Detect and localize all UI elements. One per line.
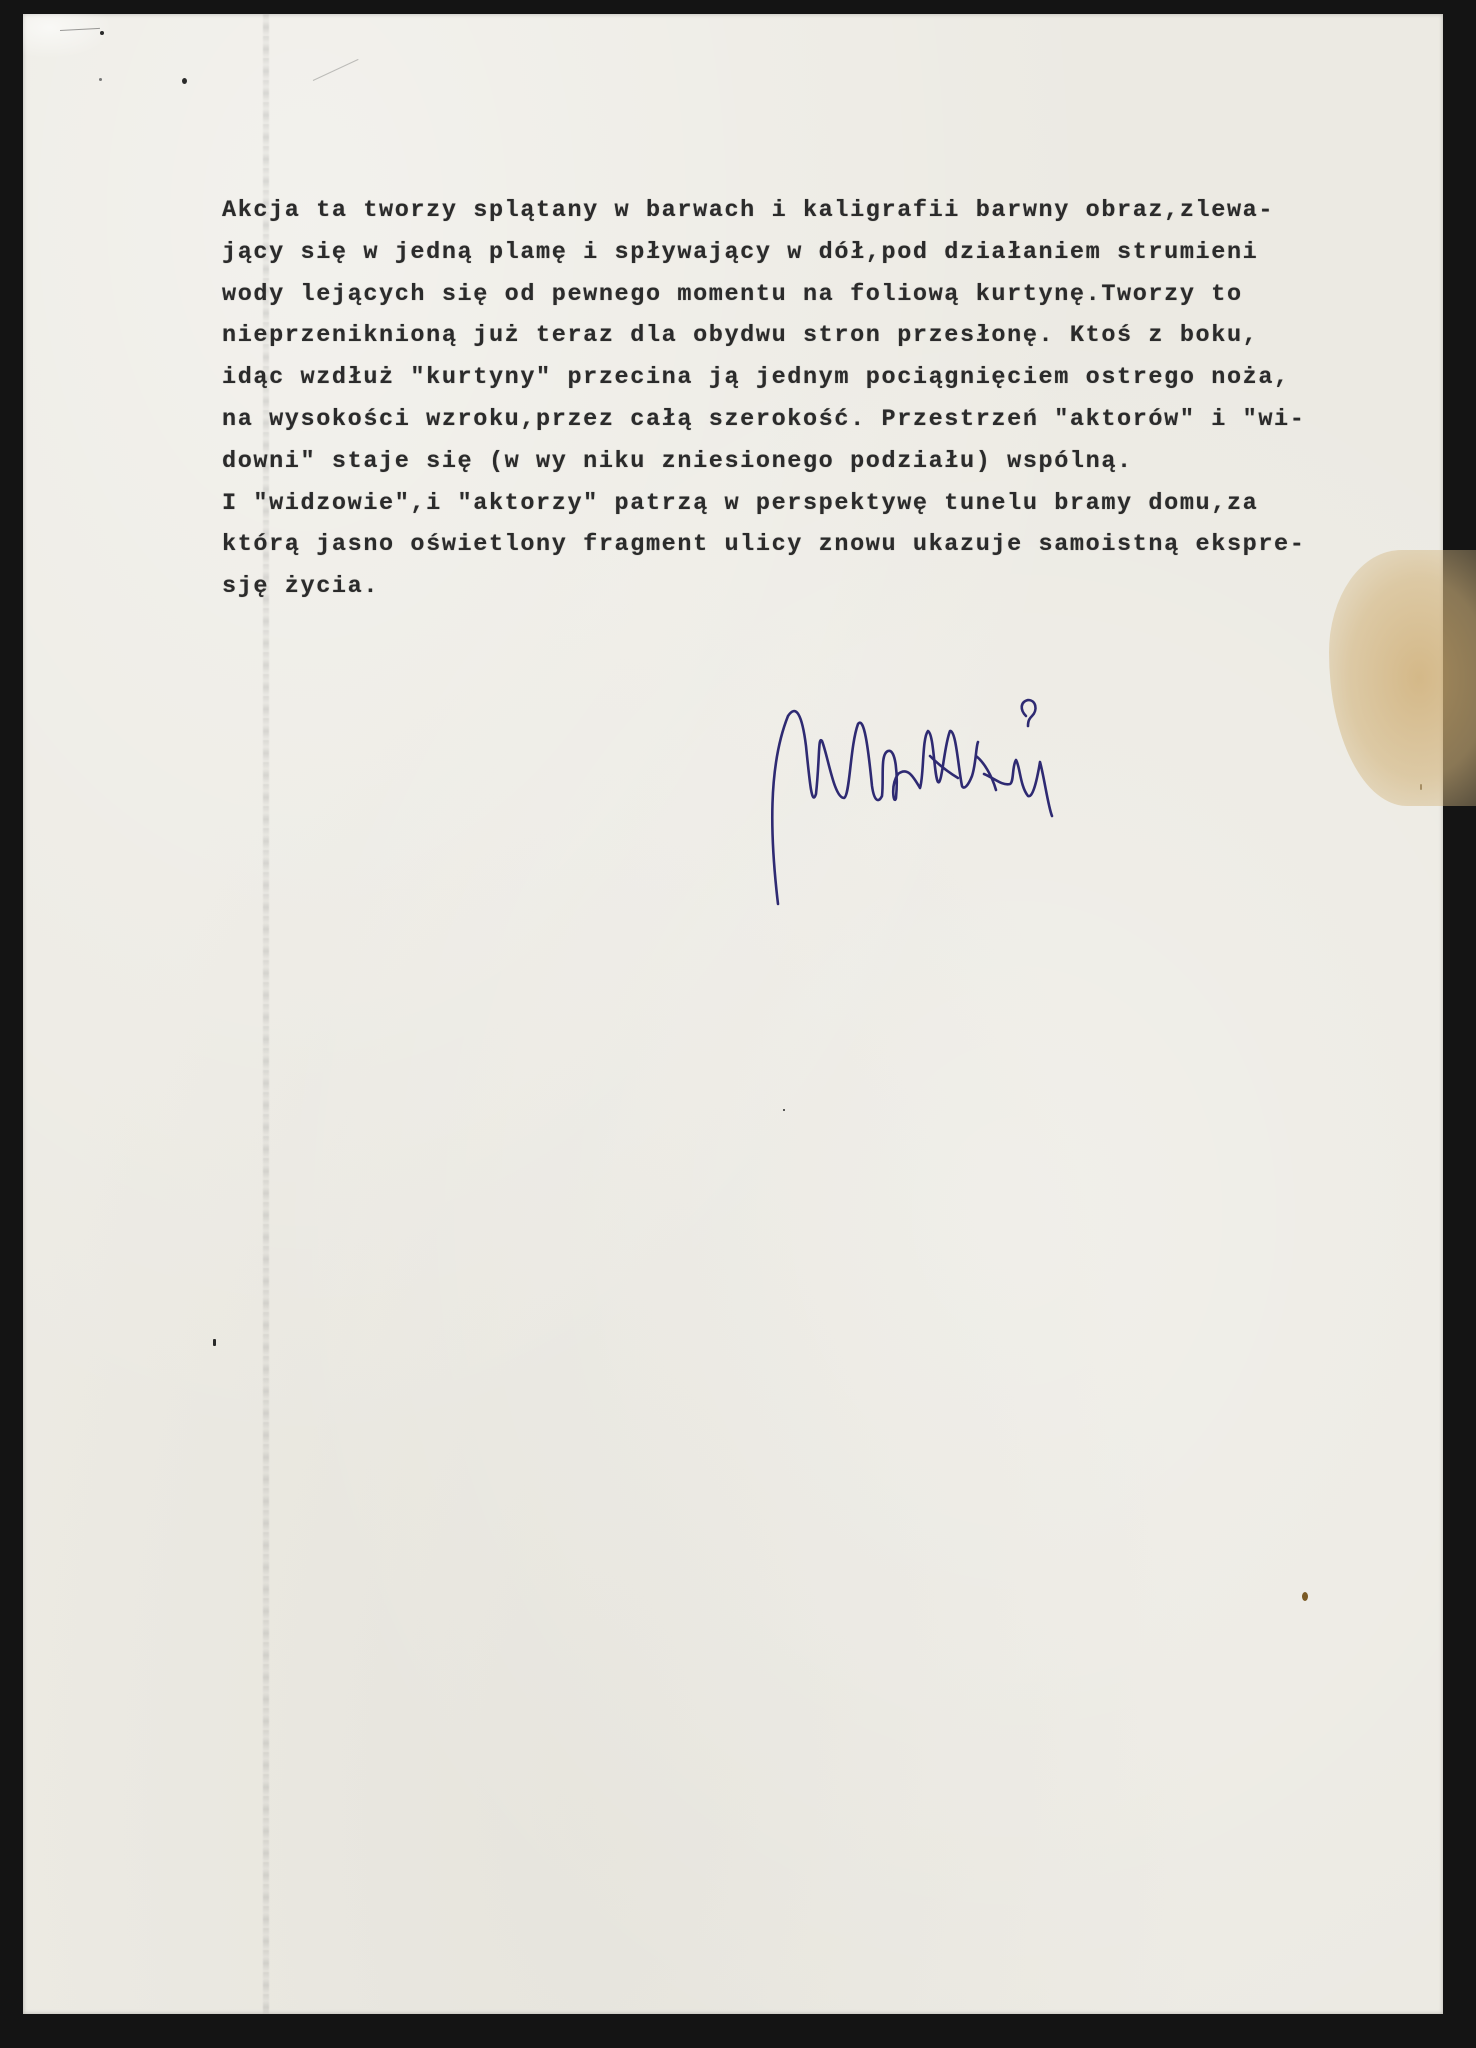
paper-scratch [313, 59, 359, 81]
text-line: idąc wzdłuż "kurtyny" przecina ją jednym… [222, 357, 1437, 399]
corner-wear [23, 14, 113, 59]
text-line: jący się w jedną plamę i spływający w dó… [222, 232, 1437, 274]
text-line: Akcja ta tworzy splątany w barwach i kal… [222, 190, 1437, 232]
text-line: nieprzeniknioną już teraz dla obydwu str… [222, 315, 1437, 357]
text-line: na wysokości wzroku,przez całą szerokość… [222, 399, 1437, 441]
ink-speck [213, 1339, 216, 1346]
document-page: Akcja ta tworzy splątany w barwach i kal… [23, 14, 1443, 2014]
text-line: wody lejących się od pewnego momentu na … [222, 274, 1437, 316]
handwritten-signature [758, 686, 1058, 926]
typed-body: Akcja ta tworzy splątany w barwach i kal… [222, 190, 1437, 608]
text-line: którą jasno oświetlony fragment ulicy zn… [222, 524, 1437, 566]
text-line: sję życia. [222, 566, 1437, 608]
ink-speck [100, 31, 104, 35]
ink-speck [783, 1109, 785, 1111]
text-line: I "widzowie",i "aktorzy" patrzą w perspe… [222, 483, 1437, 525]
ink-speck [182, 78, 187, 84]
ink-speck [99, 78, 102, 81]
stain-speck [1302, 1592, 1308, 1601]
text-line: downi" staje się (w wy niku zniesionego … [222, 441, 1437, 483]
